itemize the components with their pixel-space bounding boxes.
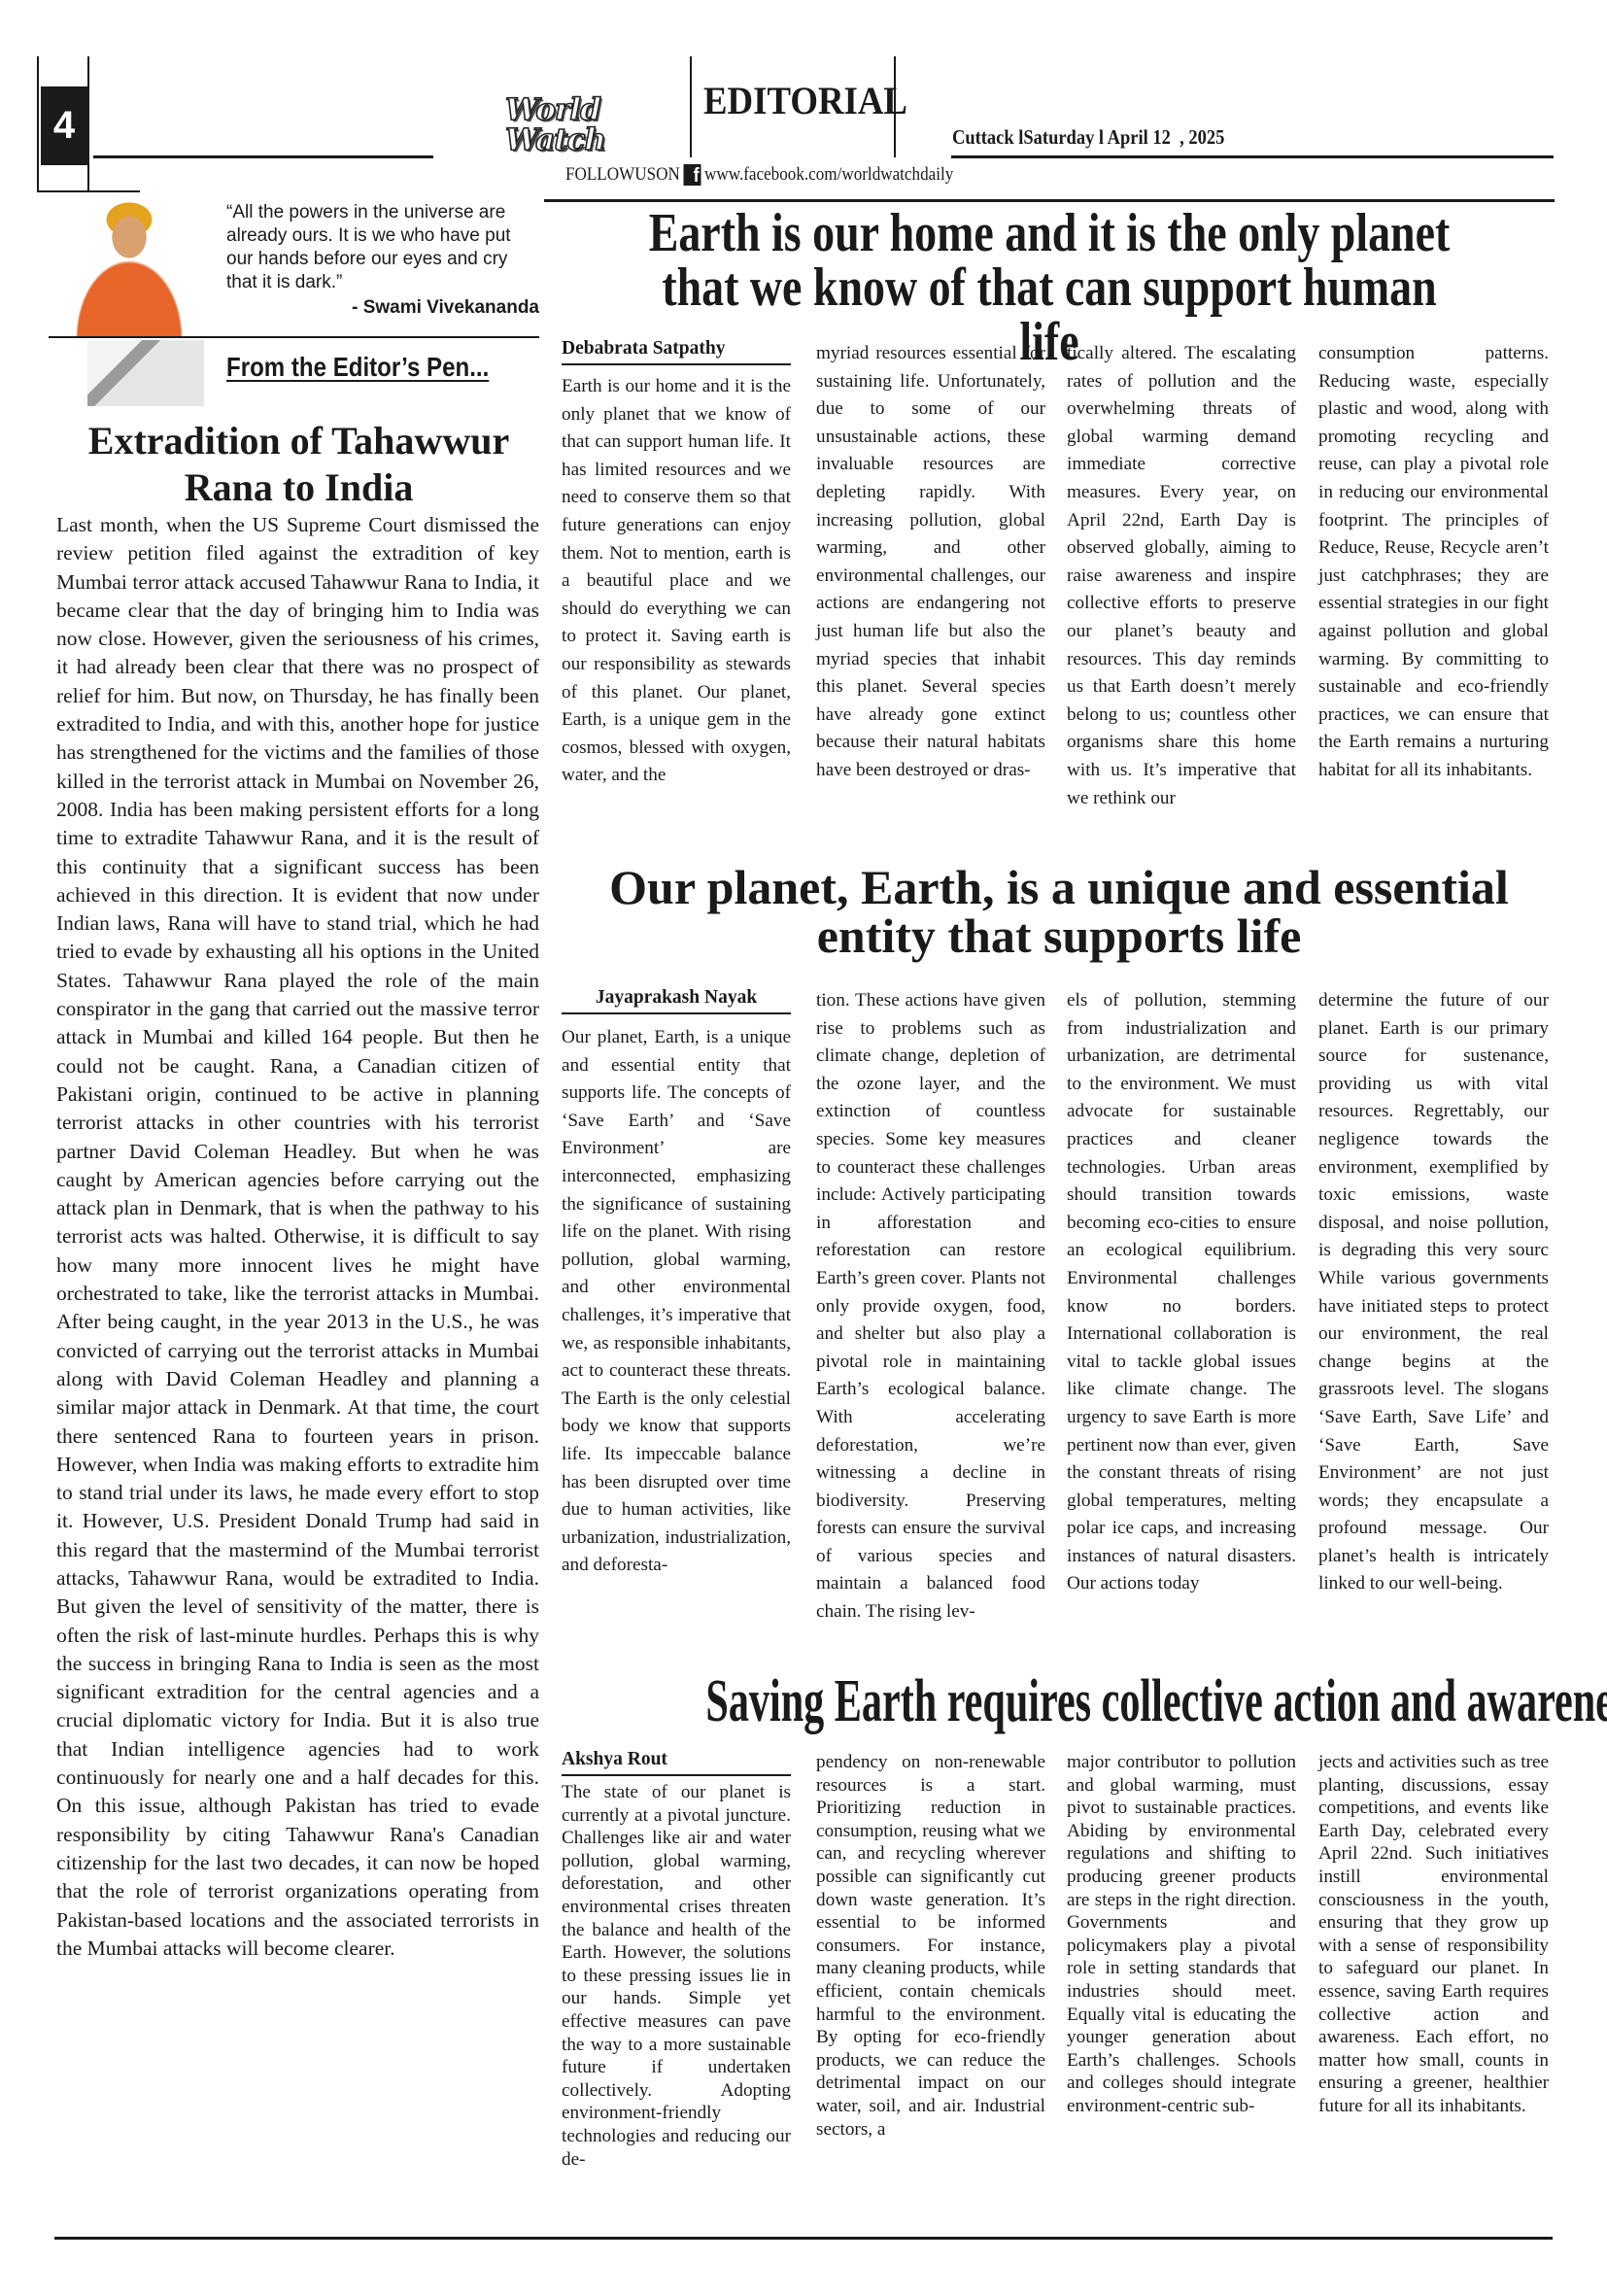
article-3-byline: Akshya Rout [562,1749,791,1776]
facebook-icon[interactable]: f [683,164,701,186]
article-2-column-4: determine the future of our planet. Eart… [1318,987,1549,1598]
newspaper-logo: World Watch [505,82,688,155]
page-frame-inner [87,56,89,192]
article-1-byline: Debabrata Satpathy [562,338,791,365]
masthead-divider-1 [690,56,692,157]
masthead-rule-right [951,155,1554,158]
editorial-headline: Extradition of Tahawwur Rana to India [53,418,544,511]
article-1-column-3: tically altered. The escalating rates of… [1067,340,1296,812]
articles-top-rule [544,199,1555,202]
article-3-column-1: The state of our planet is currently at … [562,1781,791,2171]
article-3-column-2: pendency on non-renewable resources is a… [816,1751,1045,2141]
fountain-pen-illustration [87,340,204,406]
swami-vivekananda-portrait [76,202,183,336]
article-2-byline: Jayaprakash Nayak [562,987,791,1014]
masthead-rule-left [93,155,433,158]
article-3-headline: Saving Earth requires collective action … [705,1671,1392,1731]
article-2-column-3: els of pollution, stemming from industri… [1067,987,1296,1598]
article-2-headline: Our planet, Earth, is a unique and essen… [554,863,1564,960]
dateline: Cuttack lSaturday l April 12 , 2025 [952,125,1224,150]
quote-bottom-rule [49,336,539,338]
article-2-column-1: Our planet, Earth, is a unique and essen… [562,1024,791,1580]
page-frame-left [37,56,39,192]
social-follow: FOLLOWUSON f www.facebook.com/worldwatch… [565,164,953,186]
article-1-column-2: myriad resources essential for sustainin… [816,340,1045,785]
article-1-column-1: Earth is our home and it is the only pla… [562,373,791,790]
page-number: 4 [41,86,87,165]
article-2-column-2: tion. These actions have given rise to p… [816,987,1045,1627]
editorial-body: Last month, when the US Supreme Court di… [56,511,539,1963]
article-3-column-3: major contributor to pollution and globa… [1067,1751,1296,2118]
social-link[interactable]: www.facebook.com/worldwatchdaily [704,164,953,186]
masthead-divider-2 [894,56,896,157]
section-title: EDITORIAL [703,82,907,120]
page-bottom-rule [54,2237,1553,2240]
editors-pen-label: From the Editor’s Pen... [226,352,489,383]
quote-attribution: - Swami Vivekananda [226,297,539,319]
follow-label: FOLLOWUSON [565,164,680,186]
quote-top-rule [37,190,140,192]
article-3-column-4: jects and activities such as tree planti… [1318,1751,1549,2118]
article-1-column-4: consumption patterns. Reducing waste, es… [1318,340,1549,785]
quote-text: “All the powers in the universe are alre… [226,201,539,294]
